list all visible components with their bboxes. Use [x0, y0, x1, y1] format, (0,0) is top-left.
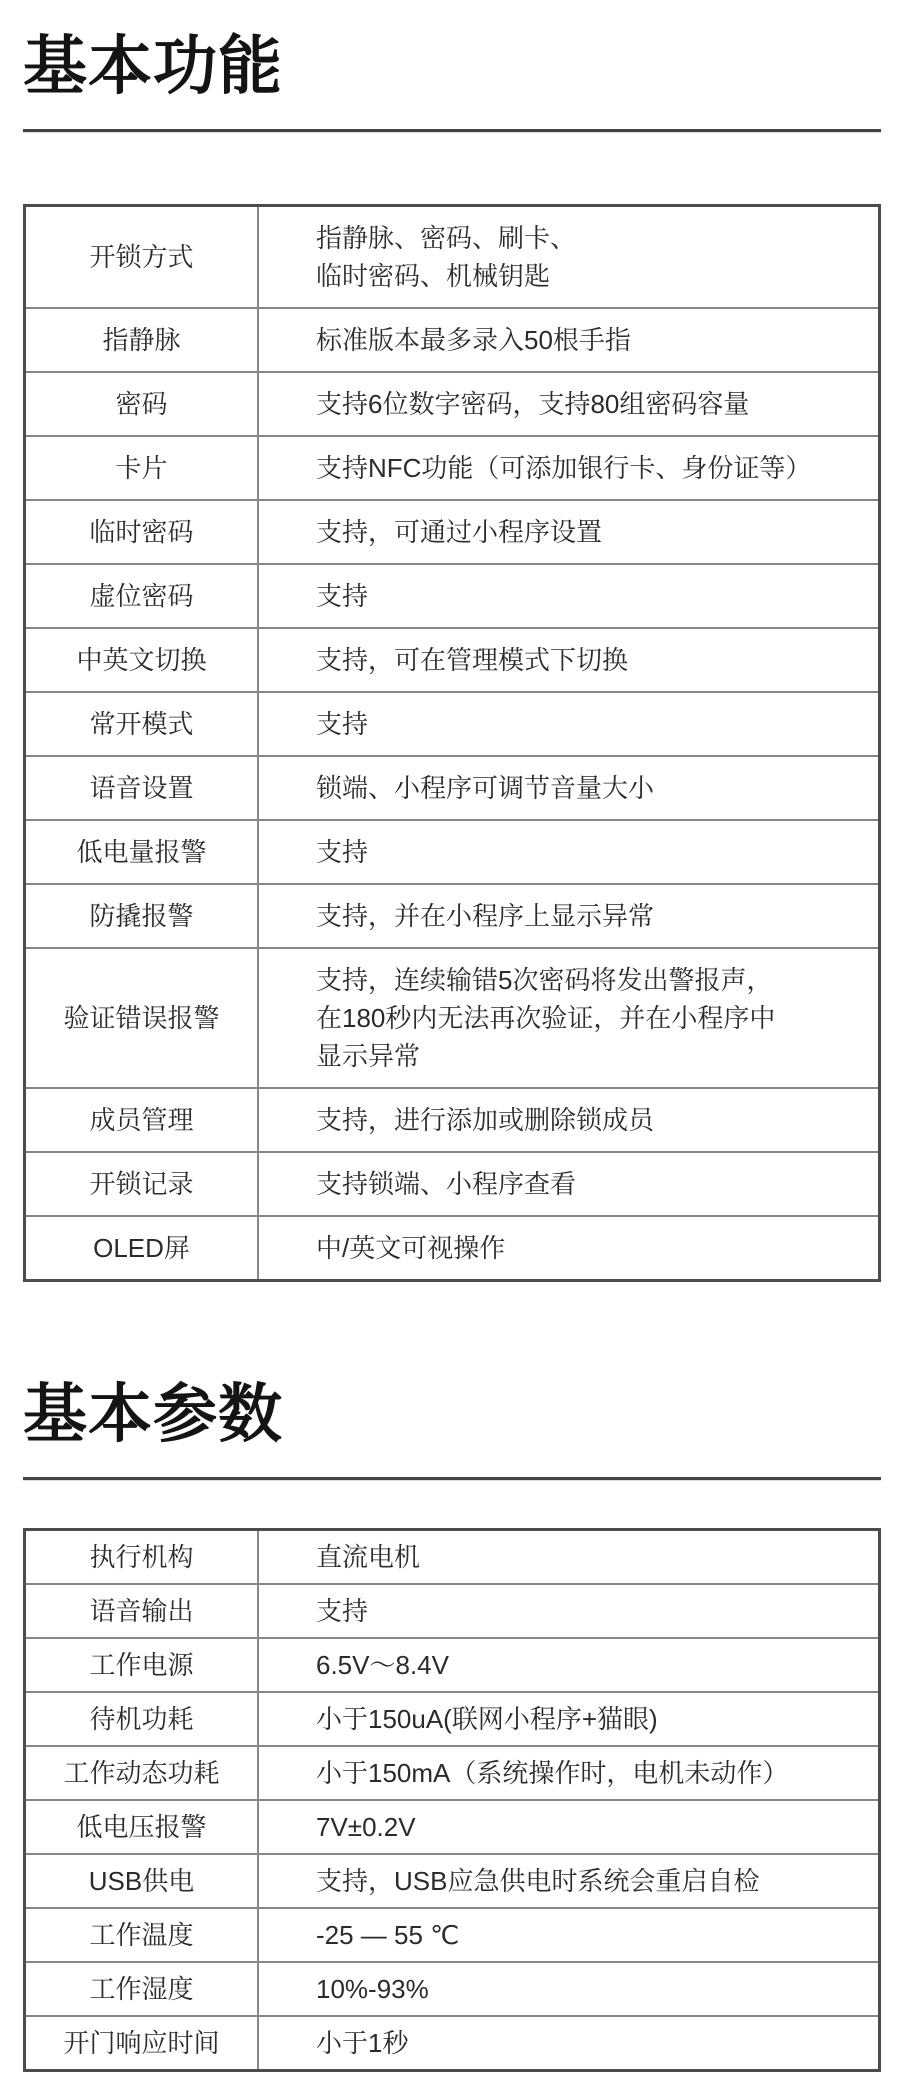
table-row: 工作动态功耗 小于150mA（系统操作时，电机未动作） [25, 1746, 880, 1800]
spec-value: 支持 [258, 564, 880, 628]
table-row: 语音设置 锁端、小程序可调节音量大小 [25, 756, 880, 820]
table-row: 指静脉 标准版本最多录入50根手指 [25, 308, 880, 372]
spec-label: 指静脉 [25, 308, 259, 372]
section-divider [23, 1477, 881, 1481]
spec-page: 基本功能 开锁方式 指静脉、密码、刷卡、 临时密码、机械钥匙 指静脉 标准版本最… [23, 0, 881, 2072]
spec-label: 低电量报警 [25, 820, 259, 884]
spec-label: 临时密码 [25, 500, 259, 564]
table-row: 防撬报警 支持，并在小程序上显示异常 [25, 884, 880, 948]
spec-label: 执行机构 [25, 1530, 259, 1585]
spec-value: 小于150mA（系统操作时，电机未动作） [258, 1746, 880, 1800]
table-row: 待机功耗 小于150uA(联网小程序+猫眼) [25, 1692, 880, 1746]
spec-label: 开门响应时间 [25, 2016, 259, 2071]
table-row: 中英文切换 支持，可在管理模式下切换 [25, 628, 880, 692]
basic-functions-table: 开锁方式 指静脉、密码、刷卡、 临时密码、机械钥匙 指静脉 标准版本最多录入50… [23, 204, 881, 1282]
table-row: 虚位密码 支持 [25, 564, 880, 628]
table-row: 卡片 支持NFC功能（可添加银行卡、身份证等） [25, 436, 880, 500]
table-row: 成员管理 支持，进行添加或删除锁成员 [25, 1088, 880, 1152]
spec-value: -25 — 55 ℃ [258, 1908, 880, 1962]
spec-value: 支持 [258, 692, 880, 756]
section-title-basic-parameters: 基本参数 [23, 1381, 881, 1448]
spec-label: 低电压报警 [25, 1800, 259, 1854]
table-row: 工作电源 6.5V～8.4V [25, 1638, 880, 1692]
spec-label: 验证错误报警 [25, 948, 259, 1088]
spec-label: 工作湿度 [25, 1962, 259, 2016]
spec-value: 支持锁端、小程序查看 [258, 1152, 880, 1216]
table-row: 密码 支持6位数字密码，支持80组密码容量 [25, 372, 880, 436]
spec-value: 7V±0.2V [258, 1800, 880, 1854]
spec-label: 常开模式 [25, 692, 259, 756]
spec-value: 10%-93% [258, 1962, 880, 2016]
spec-label: 虚位密码 [25, 564, 259, 628]
spec-value: 指静脉、密码、刷卡、 临时密码、机械钥匙 [258, 206, 880, 309]
spec-value: 支持，连续输错5次密码将发出警报声， 在180秒内无法再次验证，并在小程序中 显… [258, 948, 880, 1088]
table-row: 低电压报警 7V±0.2V [25, 1800, 880, 1854]
spec-value: 支持，可通过小程序设置 [258, 500, 880, 564]
table-row: 执行机构 直流电机 [25, 1530, 880, 1585]
table-row: 开门响应时间 小于1秒 [25, 2016, 880, 2071]
table-row: 低电量报警 支持 [25, 820, 880, 884]
spec-value: 小于150uA(联网小程序+猫眼) [258, 1692, 880, 1746]
spec-label: 待机功耗 [25, 1692, 259, 1746]
spec-label: 工作动态功耗 [25, 1746, 259, 1800]
spec-label: 开锁记录 [25, 1152, 259, 1216]
spec-value: 直流电机 [258, 1530, 880, 1585]
spec-label: 中英文切换 [25, 628, 259, 692]
spec-label: 开锁方式 [25, 206, 259, 309]
table-row: 常开模式 支持 [25, 692, 880, 756]
table-row: OLED屏 中/英文可视操作 [25, 1216, 880, 1281]
table-row: 临时密码 支持，可通过小程序设置 [25, 500, 880, 564]
table-row: USB供电 支持，USB应急供电时系统会重启自检 [25, 1854, 880, 1908]
section-divider [23, 129, 881, 133]
spec-value: 支持，并在小程序上显示异常 [258, 884, 880, 948]
spec-label: USB供电 [25, 1854, 259, 1908]
spec-label: 工作温度 [25, 1908, 259, 1962]
spec-label: 卡片 [25, 436, 259, 500]
table-row: 验证错误报警 支持，连续输错5次密码将发出警报声， 在180秒内无法再次验证，并… [25, 948, 880, 1088]
spec-label: 密码 [25, 372, 259, 436]
table-row: 语音输出 支持 [25, 1584, 880, 1638]
table-row: 工作温度 -25 — 55 ℃ [25, 1908, 880, 1962]
spec-label: 语音设置 [25, 756, 259, 820]
spec-value: 支持，可在管理模式下切换 [258, 628, 880, 692]
spec-value: 支持NFC功能（可添加银行卡、身份证等） [258, 436, 880, 500]
spec-value: 小于1秒 [258, 2016, 880, 2071]
spec-label: OLED屏 [25, 1216, 259, 1281]
spec-value: 标准版本最多录入50根手指 [258, 308, 880, 372]
spec-value: 支持6位数字密码，支持80组密码容量 [258, 372, 880, 436]
section-title-basic-functions: 基本功能 [23, 0, 881, 100]
spec-value: 中/英文可视操作 [258, 1216, 880, 1281]
spec-value: 锁端、小程序可调节音量大小 [258, 756, 880, 820]
basic-parameters-table: 执行机构 直流电机 语音输出 支持 工作电源 6.5V～8.4V 待机功耗 小于… [23, 1528, 881, 2072]
spec-label: 工作电源 [25, 1638, 259, 1692]
spec-label: 防撬报警 [25, 884, 259, 948]
table-row: 工作湿度 10%-93% [25, 1962, 880, 2016]
spec-label: 成员管理 [25, 1088, 259, 1152]
spec-value: 6.5V～8.4V [258, 1638, 880, 1692]
spec-value: 支持，进行添加或删除锁成员 [258, 1088, 880, 1152]
spec-value: 支持，USB应急供电时系统会重启自检 [258, 1854, 880, 1908]
spec-value: 支持 [258, 1584, 880, 1638]
table-row: 开锁方式 指静脉、密码、刷卡、 临时密码、机械钥匙 [25, 206, 880, 309]
spec-value: 支持 [258, 820, 880, 884]
spec-label: 语音输出 [25, 1584, 259, 1638]
table-row: 开锁记录 支持锁端、小程序查看 [25, 1152, 880, 1216]
